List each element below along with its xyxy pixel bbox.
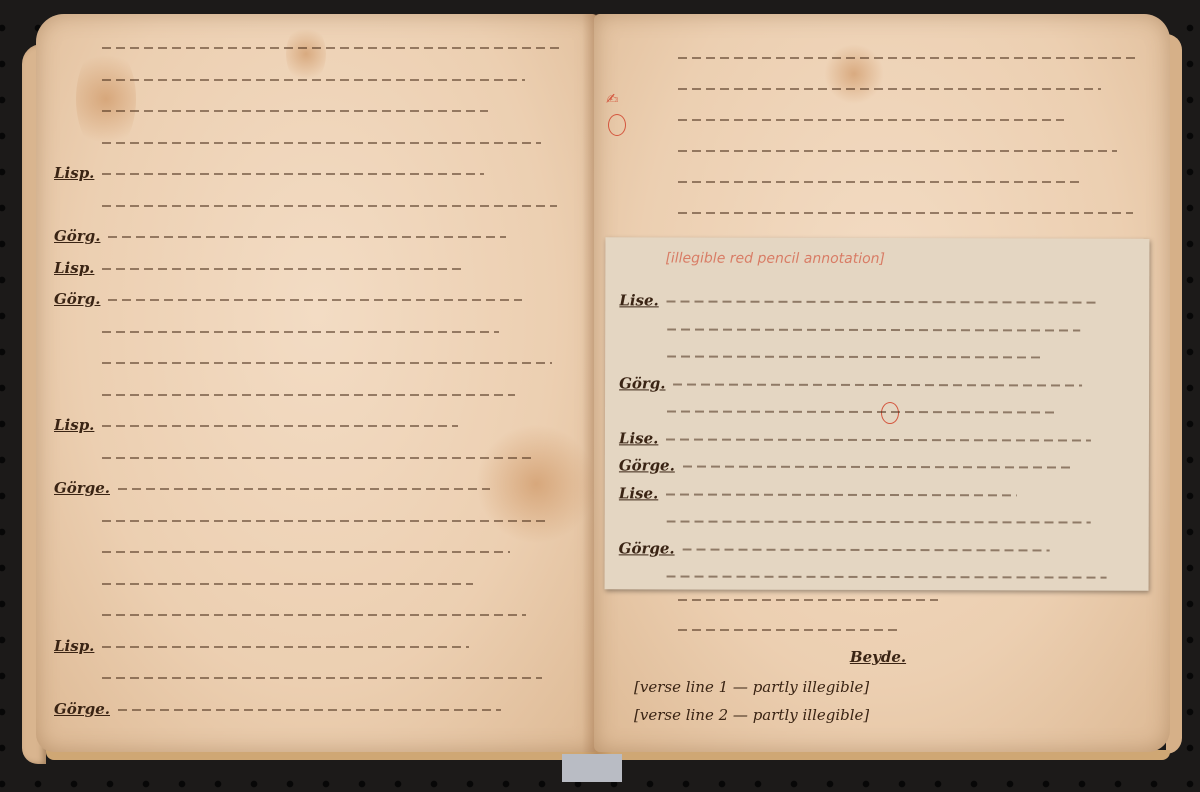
slip-text: Lise.Görg.Lise.Görge.Lise.Görge. bbox=[605, 237, 1149, 238]
illegible-handwriting bbox=[666, 493, 1017, 496]
illegible-handwriting bbox=[102, 677, 542, 679]
illegible-handwriting bbox=[102, 551, 510, 553]
illegible-handwriting bbox=[102, 47, 562, 49]
illegible-handwriting bbox=[102, 394, 515, 396]
text-line: Lisp. bbox=[54, 631, 574, 662]
illegible-handwriting bbox=[667, 300, 1097, 303]
text-line bbox=[630, 135, 1198, 166]
text-line: Görg. bbox=[54, 284, 574, 315]
text-line bbox=[630, 197, 1198, 228]
text-line bbox=[54, 599, 622, 630]
illegible-handwriting bbox=[667, 328, 1080, 331]
text-line bbox=[54, 127, 622, 158]
red-margin-mark: ✍ bbox=[606, 84, 619, 115]
illegible-handwriting bbox=[102, 79, 525, 81]
speaker-label: Lisp. bbox=[54, 164, 94, 182]
text-line bbox=[54, 64, 622, 95]
illegible-handwriting bbox=[683, 465, 1071, 468]
pasted-paper-slip: [illegible red pencil annotation] Lise.G… bbox=[605, 237, 1150, 590]
illegible-handwriting bbox=[118, 488, 490, 490]
illegible-handwriting bbox=[102, 142, 541, 144]
text-line bbox=[630, 614, 998, 645]
speaker-label: Görge. bbox=[619, 539, 675, 557]
speaker-label: Lisp. bbox=[54, 637, 94, 655]
illegible-handwriting bbox=[102, 583, 473, 585]
text-line bbox=[54, 32, 622, 63]
illegible-handwriting bbox=[102, 268, 463, 270]
text-line: Görge. bbox=[54, 473, 574, 504]
text-line bbox=[54, 190, 622, 221]
spine-tape bbox=[562, 754, 622, 782]
verse-line-1: [verse line 1 — partly illegible] bbox=[634, 672, 869, 703]
illegible-handwriting bbox=[102, 520, 547, 522]
speaker-label: Lise. bbox=[619, 484, 659, 502]
text-line bbox=[54, 379, 622, 410]
text-line bbox=[630, 166, 1198, 197]
text-line: Lisp. bbox=[54, 158, 574, 189]
illegible-handwriting bbox=[102, 614, 526, 616]
text-line: Lisp. bbox=[54, 253, 574, 284]
text-line bbox=[630, 42, 1198, 73]
illegible-handwriting bbox=[683, 548, 1050, 551]
text-line bbox=[630, 104, 1198, 135]
illegible-handwriting bbox=[678, 119, 1064, 121]
red-circled-mark bbox=[608, 114, 626, 136]
text-line bbox=[54, 442, 622, 473]
speaker-label: Görg. bbox=[54, 227, 100, 245]
speaker-label: Görge. bbox=[54, 700, 110, 718]
illegible-handwriting bbox=[674, 383, 1083, 386]
left-page: Lisp.Görg.Lisp.Görg.Lisp.Görge.Lisp.Görg… bbox=[36, 14, 598, 752]
illegible-handwriting bbox=[678, 57, 1138, 59]
illegible-handwriting bbox=[102, 457, 531, 459]
illegible-handwriting bbox=[678, 599, 938, 601]
text-line bbox=[54, 316, 622, 347]
text-line bbox=[54, 95, 622, 126]
text-line bbox=[54, 536, 622, 567]
illegible-handwriting bbox=[102, 425, 458, 427]
text-line: Görg. bbox=[54, 221, 574, 252]
illegible-handwriting bbox=[667, 520, 1091, 523]
illegible-handwriting bbox=[102, 110, 488, 112]
illegible-handwriting bbox=[102, 173, 484, 175]
illegible-handwriting bbox=[667, 355, 1043, 358]
speaker-label: Görge. bbox=[54, 479, 110, 497]
red-pencil-annotation: [illegible red pencil annotation] bbox=[665, 243, 885, 275]
illegible-handwriting bbox=[678, 88, 1101, 90]
illegible-handwriting bbox=[667, 410, 1059, 413]
text-line bbox=[630, 73, 1198, 104]
illegible-handwriting bbox=[678, 181, 1080, 183]
illegible-handwriting bbox=[678, 629, 901, 631]
text-line: Lisp. bbox=[54, 410, 574, 441]
illegible-handwriting bbox=[102, 331, 499, 333]
speaker-label: Görg. bbox=[619, 374, 665, 392]
text-line: Görge. bbox=[54, 694, 574, 725]
illegible-handwriting bbox=[102, 362, 552, 364]
text-line bbox=[619, 560, 1177, 592]
speaker-label: Lise. bbox=[619, 291, 659, 309]
text-line bbox=[54, 505, 622, 536]
speaker-label: Lisp. bbox=[54, 259, 94, 277]
section-heading: Beyde. bbox=[850, 648, 906, 666]
speaker-label: Görg. bbox=[54, 290, 100, 308]
illegible-handwriting bbox=[667, 575, 1107, 578]
speaker-label: Lise. bbox=[619, 429, 659, 447]
illegible-handwriting bbox=[666, 438, 1091, 441]
illegible-handwriting bbox=[678, 212, 1133, 214]
speaker-label: Görge. bbox=[619, 456, 675, 474]
illegible-handwriting bbox=[108, 299, 522, 301]
verse-line-2: [verse line 2 — partly illegible] bbox=[634, 700, 869, 731]
illegible-handwriting bbox=[678, 150, 1117, 152]
illegible-handwriting bbox=[108, 236, 506, 238]
illegible-handwriting bbox=[102, 646, 469, 648]
text-line bbox=[54, 662, 622, 693]
speaker-label: Lisp. bbox=[54, 416, 94, 434]
text-line bbox=[54, 347, 622, 378]
text-line bbox=[54, 568, 622, 599]
illegible-handwriting bbox=[102, 205, 557, 207]
illegible-handwriting bbox=[118, 709, 501, 711]
